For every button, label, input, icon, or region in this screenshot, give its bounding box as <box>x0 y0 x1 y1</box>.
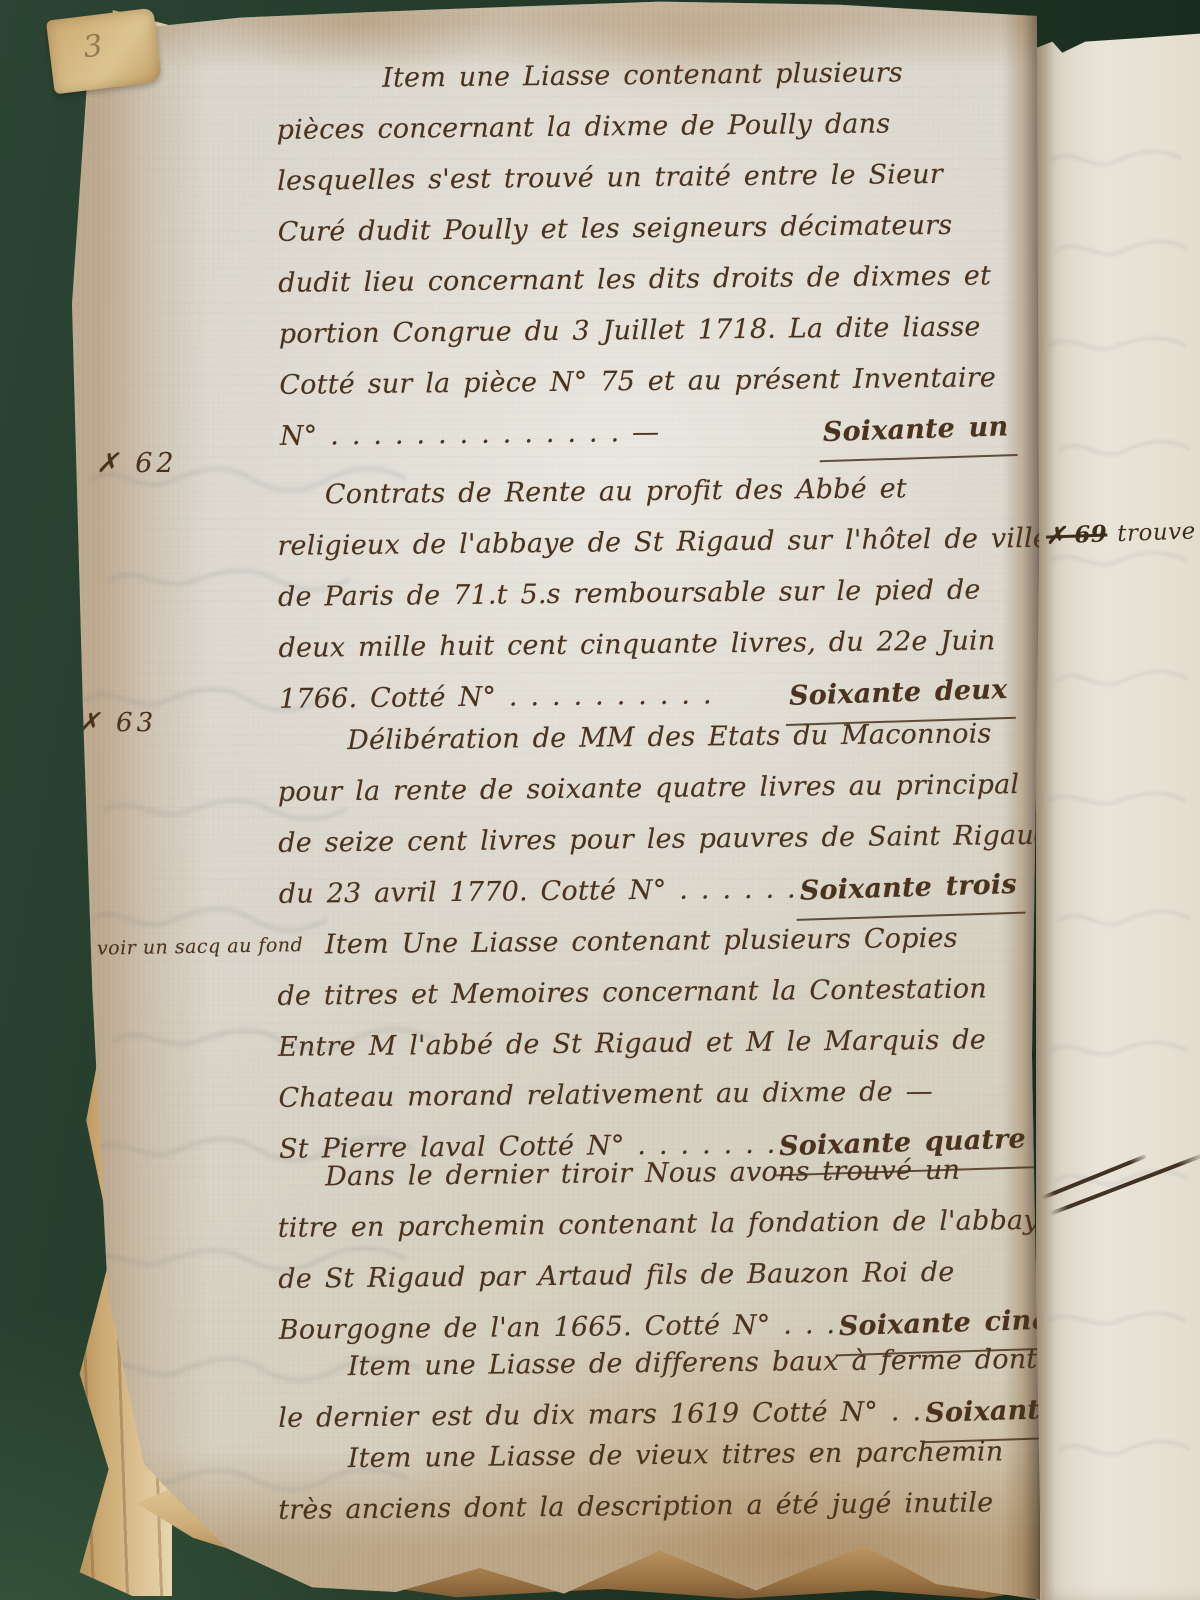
dotted-leader: du 23 avril 1770. Cotté N° . . . . . . <box>279 863 797 919</box>
manuscript-line: de Paris de 71.t 5.s remboursable sur le… <box>278 564 1014 623</box>
entry-paragraph-65: Dans le dernier tiroir Nous avons trouvé… <box>277 1144 1015 1356</box>
manuscript-line: Cotté sur la pièce N° 75 et au présent I… <box>279 352 1015 411</box>
bleed-through-writing <box>1044 120 1200 1520</box>
entry-paragraph-63: Délibération de MM des Etats du Maconnoi… <box>277 708 1015 920</box>
manuscript-line: très anciens dont la description a été j… <box>278 1477 1014 1536</box>
manuscript-line: de St Rigaud par Artaud fils de Bauzon R… <box>278 1246 1014 1305</box>
entry-paragraph-61: Item une Liasse contenant plusieurs pièc… <box>276 46 1016 462</box>
pen-stroke <box>1041 1154 1146 1200</box>
entry-paragraph-final: Item une Liasse de vieux titres en parch… <box>277 1426 1014 1536</box>
manuscript-line: lesquelles s'est trouvé un traité entre … <box>277 148 1013 207</box>
entry-paragraph-64: Item Une Liasse contenant plusieurs Copi… <box>277 912 1016 1175</box>
manuscript-line: Item une Liasse contenant plusieurs <box>276 46 1012 105</box>
manuscript-line: du 23 avril 1770. Cotté N° . . . . . . S… <box>279 861 1015 920</box>
manuscript-line: Délibération de MM des Etats du Maconnoi… <box>277 708 1013 767</box>
manuscript-line: N° . . . . . . . . . . . . . . — Soixant… <box>280 403 1016 462</box>
corner-fold: 3 <box>46 8 162 95</box>
entry-paragraph-62: Contrats de Rente au profit des Abbé et … <box>277 462 1016 725</box>
entry-number: Soixante un <box>818 401 1017 462</box>
dotted-leader: N° . . . . . . . . . . . . . . — <box>280 407 660 462</box>
manuscript-line: Item une Liasse de differens baux à ferm… <box>277 1334 1013 1393</box>
manuscript-line: Contrats de Rente au profit des Abbé et <box>277 462 1013 521</box>
crossed-margin-note: ✗ 69trouve <box>1046 517 1197 549</box>
next-page: ✗ 69trouve <box>1036 0 1200 1600</box>
manuscript-line: dudit lieu concernant les dits droits de… <box>278 250 1014 309</box>
note-text: trouve <box>1117 518 1196 547</box>
manuscript-line: pièces concernant la dixme de Poully dan… <box>276 97 1012 156</box>
manuscript-line: Dans le dernier tiroir Nous avons trouvé… <box>277 1144 1013 1203</box>
margin-note-62: ✗ 62 <box>96 448 178 479</box>
manuscript-photo: ✗ 69trouve ✗ 62 ✗ 63 ✗ voir un sacq <box>0 0 1200 1600</box>
margin-note-voir-sac: ✗ voir un sacq au fond <box>74 934 304 960</box>
manuscript-line: Item une Liasse de vieux titres en parch… <box>277 1426 1013 1485</box>
manuscript-line: portion Congrue du 3 Juillet 1718. La di… <box>279 301 1015 360</box>
manuscript-line: Chateau morand relativement au dixme de … <box>278 1065 1014 1124</box>
margin-note-63: ✗ 63 <box>78 708 157 738</box>
manuscript-line: de titres et Memoires concernant la Cont… <box>277 963 1013 1022</box>
manuscript-line: titre en parchemin contenant la fondatio… <box>277 1195 1013 1254</box>
corner-mark: 3 <box>81 28 104 65</box>
manuscript-line: de seize cent livres pour les pauvres de… <box>278 810 1014 869</box>
manuscript-line: Entre M l'abbé de St Rigaud et M le Marq… <box>278 1014 1014 1073</box>
manuscript-line: deux mille huit cent cinquante livres, d… <box>278 615 1014 674</box>
manuscript-line: pour la rente de soixante quatre livres … <box>277 759 1013 818</box>
main-page: ✗ 62 ✗ 63 ✗ voir un sacq au fond Item un… <box>0 0 1200 1600</box>
manuscript-line: Item Une Liasse contenant plusieurs Copi… <box>277 912 1013 971</box>
crossed-number: ✗ 69 <box>1046 520 1108 549</box>
manuscript-line: religieux de l'abbaye de St Rigaud sur l… <box>277 513 1013 572</box>
manuscript-line: Curé dudit Poully et les seigneurs décim… <box>277 199 1013 258</box>
